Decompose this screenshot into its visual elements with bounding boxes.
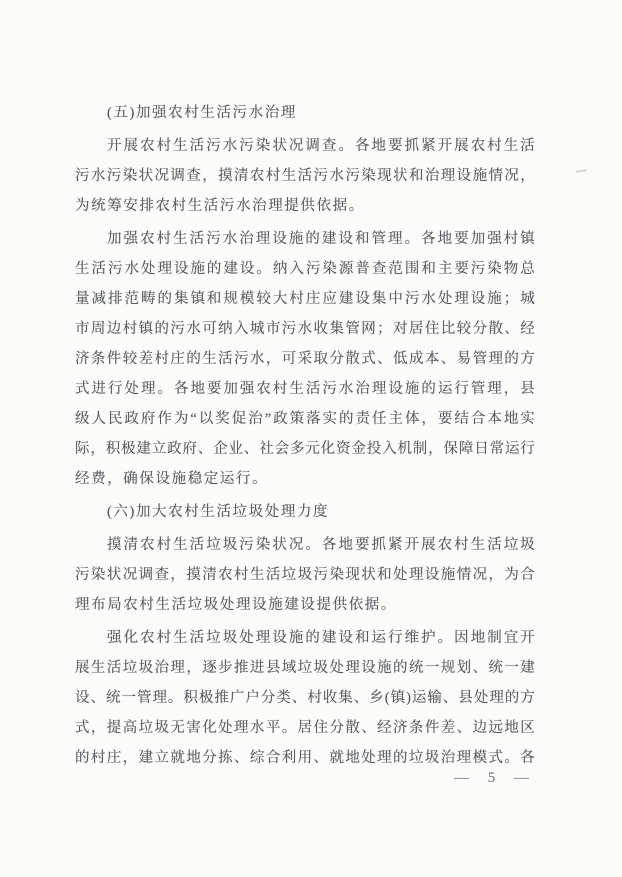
- text-line: 济条件较差村庄的生活污水，可采取分散式、低成本、易管理的方: [75, 344, 535, 374]
- text-line: 展生活垃圾治理，逐步推进县域垃圾处理设施的统一规划、统一建: [75, 653, 535, 683]
- text-line: 理布局农村生活垃圾处理设施建设提供依据。: [75, 590, 535, 620]
- text-line: 际，积极建立政府、企业、社会多元化资金投入机制，保障日常运行: [75, 434, 535, 464]
- text-line: 设、统一管理。积极推广户分类、村收集、乡(镇)运输、县处理的方: [75, 683, 535, 713]
- text-line: 摸清农村生活垃圾污染状况。各地要抓紧开展农村生活垃圾: [75, 530, 535, 560]
- section-heading: (五)加强农村生活污水治理: [75, 98, 535, 128]
- text-line: 强化农村生活垃圾处理设施的建设和运行维护。因地制宜开: [75, 623, 535, 653]
- document-page: (五)加强农村生活污水治理开展农村生活污水污染状况调查。各地要抓紧开展农村生活污…: [0, 0, 622, 877]
- text-line: 开展农村生活污水污染状况调查。各地要抓紧开展农村生活: [75, 131, 535, 161]
- text-line: 级人民政府作为“以奖促治”政策落实的责任主体，要结合本地实: [75, 404, 535, 434]
- document-body: (五)加强农村生活污水治理开展农村生活污水污染状况调查。各地要抓紧开展农村生活污…: [75, 98, 535, 773]
- text-line: 污水污染状况调查，摸清农村生活污水污染现状和治理设施情况，: [75, 161, 535, 191]
- text-line: 式，提高垃圾无害化处理水平。居住分散、经济条件差、边远地区: [75, 713, 535, 743]
- scan-artifact: [576, 169, 587, 173]
- text-line: 式进行处理。各地要加强农村生活污水治理设施的运行管理，县: [75, 374, 535, 404]
- text-line: 经费，确保设施稳定运行。: [75, 464, 535, 494]
- section-heading: (六)加大农村生活垃圾处理力度: [75, 497, 535, 527]
- text-line: 加强农村生活污水治理设施的建设和管理。各地要加强村镇: [75, 224, 535, 254]
- text-line: 污染状况调查，摸清农村生活垃圾污染现状和处理设施情况，为合: [75, 560, 535, 590]
- page-number: — 5 —: [454, 766, 532, 790]
- text-line: 市周边村镇的污水可纳入城市污水收集管网；对居住比较分散、经: [75, 314, 535, 344]
- text-line: 为统筹安排农村生活污水治理提供依据。: [75, 191, 535, 221]
- text-line: 生活污水处理设施的建设。纳入污染源普查范围和主要污染物总: [75, 254, 535, 284]
- text-line: 量减排范畴的集镇和规模较大村庄应建设集中污水处理设施；城: [75, 284, 535, 314]
